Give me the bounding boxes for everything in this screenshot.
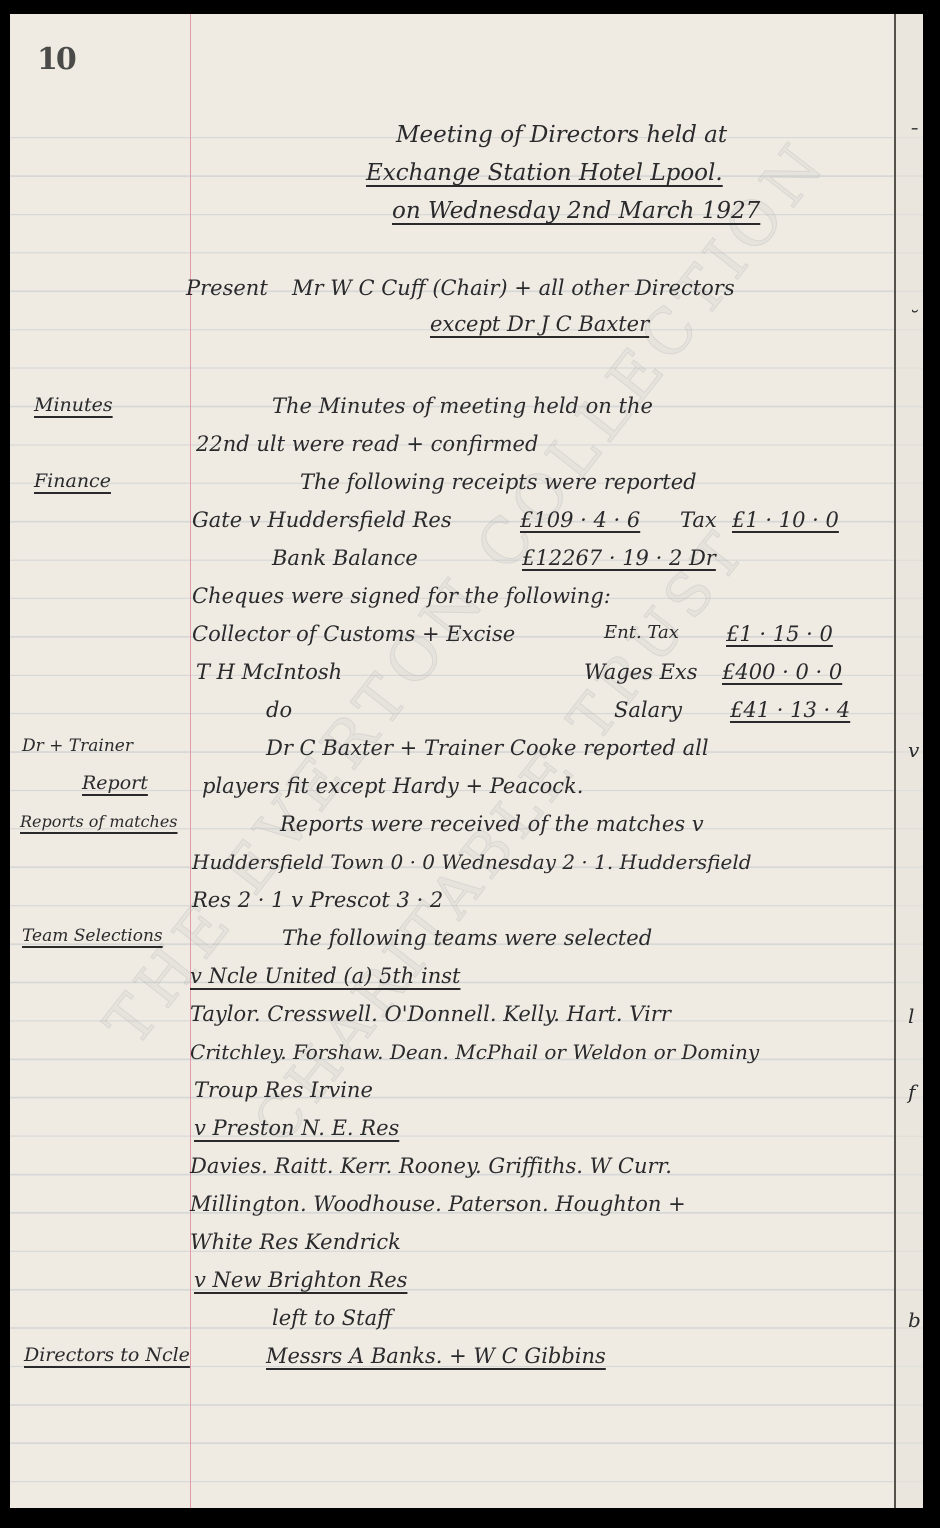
minutes-line-1: The Minutes of meeting held on the (272, 396, 653, 417)
finance-receipts-intro: The following receipts were reported (300, 472, 697, 493)
cheque-amount: £400 · 0 · 0 (722, 662, 842, 683)
fixture-heading: v Ncle United (a) 5th inst (190, 966, 460, 987)
present-label: Present (186, 278, 268, 299)
facing-page-ink-mark: l (908, 1004, 914, 1028)
minute-book-page: THE EVERTON COLLECTION CHARITABLE TRUST … (10, 14, 923, 1508)
side-label-directors-to-ncle: Directors to Ncle (24, 1346, 190, 1365)
team-line: Millington. Woodhouse. Paterson. Houghto… (190, 1194, 686, 1215)
cheque-purpose: Salary (614, 700, 682, 721)
bank-balance-amount: £12267 · 19 · 2 Dr (522, 548, 716, 569)
facing-page-ink-mark: ˉ (908, 124, 918, 148)
directors-to-ncle-line: Messrs A Banks. + W C Gibbins (266, 1346, 606, 1367)
heading-line-3: on Wednesday 2nd March 1927 (392, 200, 760, 223)
side-label-finance: Finance (34, 472, 111, 491)
gate-receipt-label: Gate v Huddersfield Res (192, 510, 452, 531)
heading-line-2: Exchange Station Hotel Lpool. (366, 162, 723, 185)
bank-balance-label: Bank Balance (272, 548, 418, 569)
team-line: left to Staff (272, 1308, 392, 1329)
side-label-team-selections: Team Selections (22, 928, 163, 945)
drs-report-line-1: Dr C Baxter + Trainer Cooke reported all (266, 738, 709, 759)
heading-line-1: Meeting of Directors held at (396, 124, 727, 147)
cheque-payee: Collector of Customs + Excise (192, 624, 515, 645)
team-selections-intro: The following teams were selected (282, 928, 652, 949)
team-line: Taylor. Cresswell. O'Donnell. Kelly. Har… (190, 1004, 671, 1025)
minutes-line-2: 22nd ult were read + confirmed (196, 434, 538, 455)
present-line-2: except Dr J C Baxter (430, 314, 649, 335)
cheque-purpose: Ent. Tax (604, 624, 679, 642)
match-reports-line-1: Reports were received of the matches v (280, 814, 704, 835)
cheque-payee: do (266, 700, 292, 721)
cheque-amount: £1 · 15 · 0 (726, 624, 833, 645)
side-label-drs-report-2: Report (82, 774, 148, 793)
facing-page-ink-mark: b (908, 1308, 921, 1332)
tax-label: Tax (680, 510, 717, 531)
facing-page-ink-mark: f (908, 1080, 915, 1104)
drs-report-line-2: players fit except Hardy + Peacock. (202, 776, 583, 797)
page-number: 10 (37, 42, 75, 77)
facing-page-ink-mark: v (908, 738, 919, 762)
match-reports-line-3: Res 2 · 1 v Prescot 3 · 2 (192, 890, 443, 911)
cheque-payee: T H McIntosh (196, 662, 342, 683)
cheque-amount: £41 · 13 · 4 (730, 700, 850, 721)
tax-amount: £1 · 10 · 0 (732, 510, 839, 531)
margin-rule (190, 14, 191, 1508)
gate-receipt-amount: £109 · 4 · 6 (520, 510, 640, 531)
fixture-heading: v New Brighton Res (194, 1270, 407, 1291)
facing-page-ink-mark: ˘ (908, 306, 918, 330)
cheques-intro: Cheques were signed for the following: (192, 586, 611, 607)
fixture-heading: v Preston N. E. Res (194, 1118, 399, 1139)
side-label-match-reports: Reports of matches (20, 814, 178, 830)
side-label-drs-report-1: Dr + Trainer (22, 738, 133, 755)
page-binding-line (894, 14, 896, 1508)
team-line: Davies. Raitt. Kerr. Rooney. Griffiths. … (190, 1156, 672, 1177)
team-line: Troup Res Irvine (194, 1080, 373, 1101)
present-line-1: Mr W C Cuff (Chair) + all other Director… (292, 278, 735, 299)
cheque-purpose: Wages Exs (584, 662, 698, 683)
side-label-minutes: Minutes (34, 396, 113, 415)
team-line: Critchley. Forshaw. Dean. McPhail or Wel… (190, 1042, 759, 1062)
match-reports-line-2: Huddersfield Town 0 · 0 Wednesday 2 · 1.… (192, 852, 752, 872)
team-line: White Res Kendrick (190, 1232, 401, 1253)
